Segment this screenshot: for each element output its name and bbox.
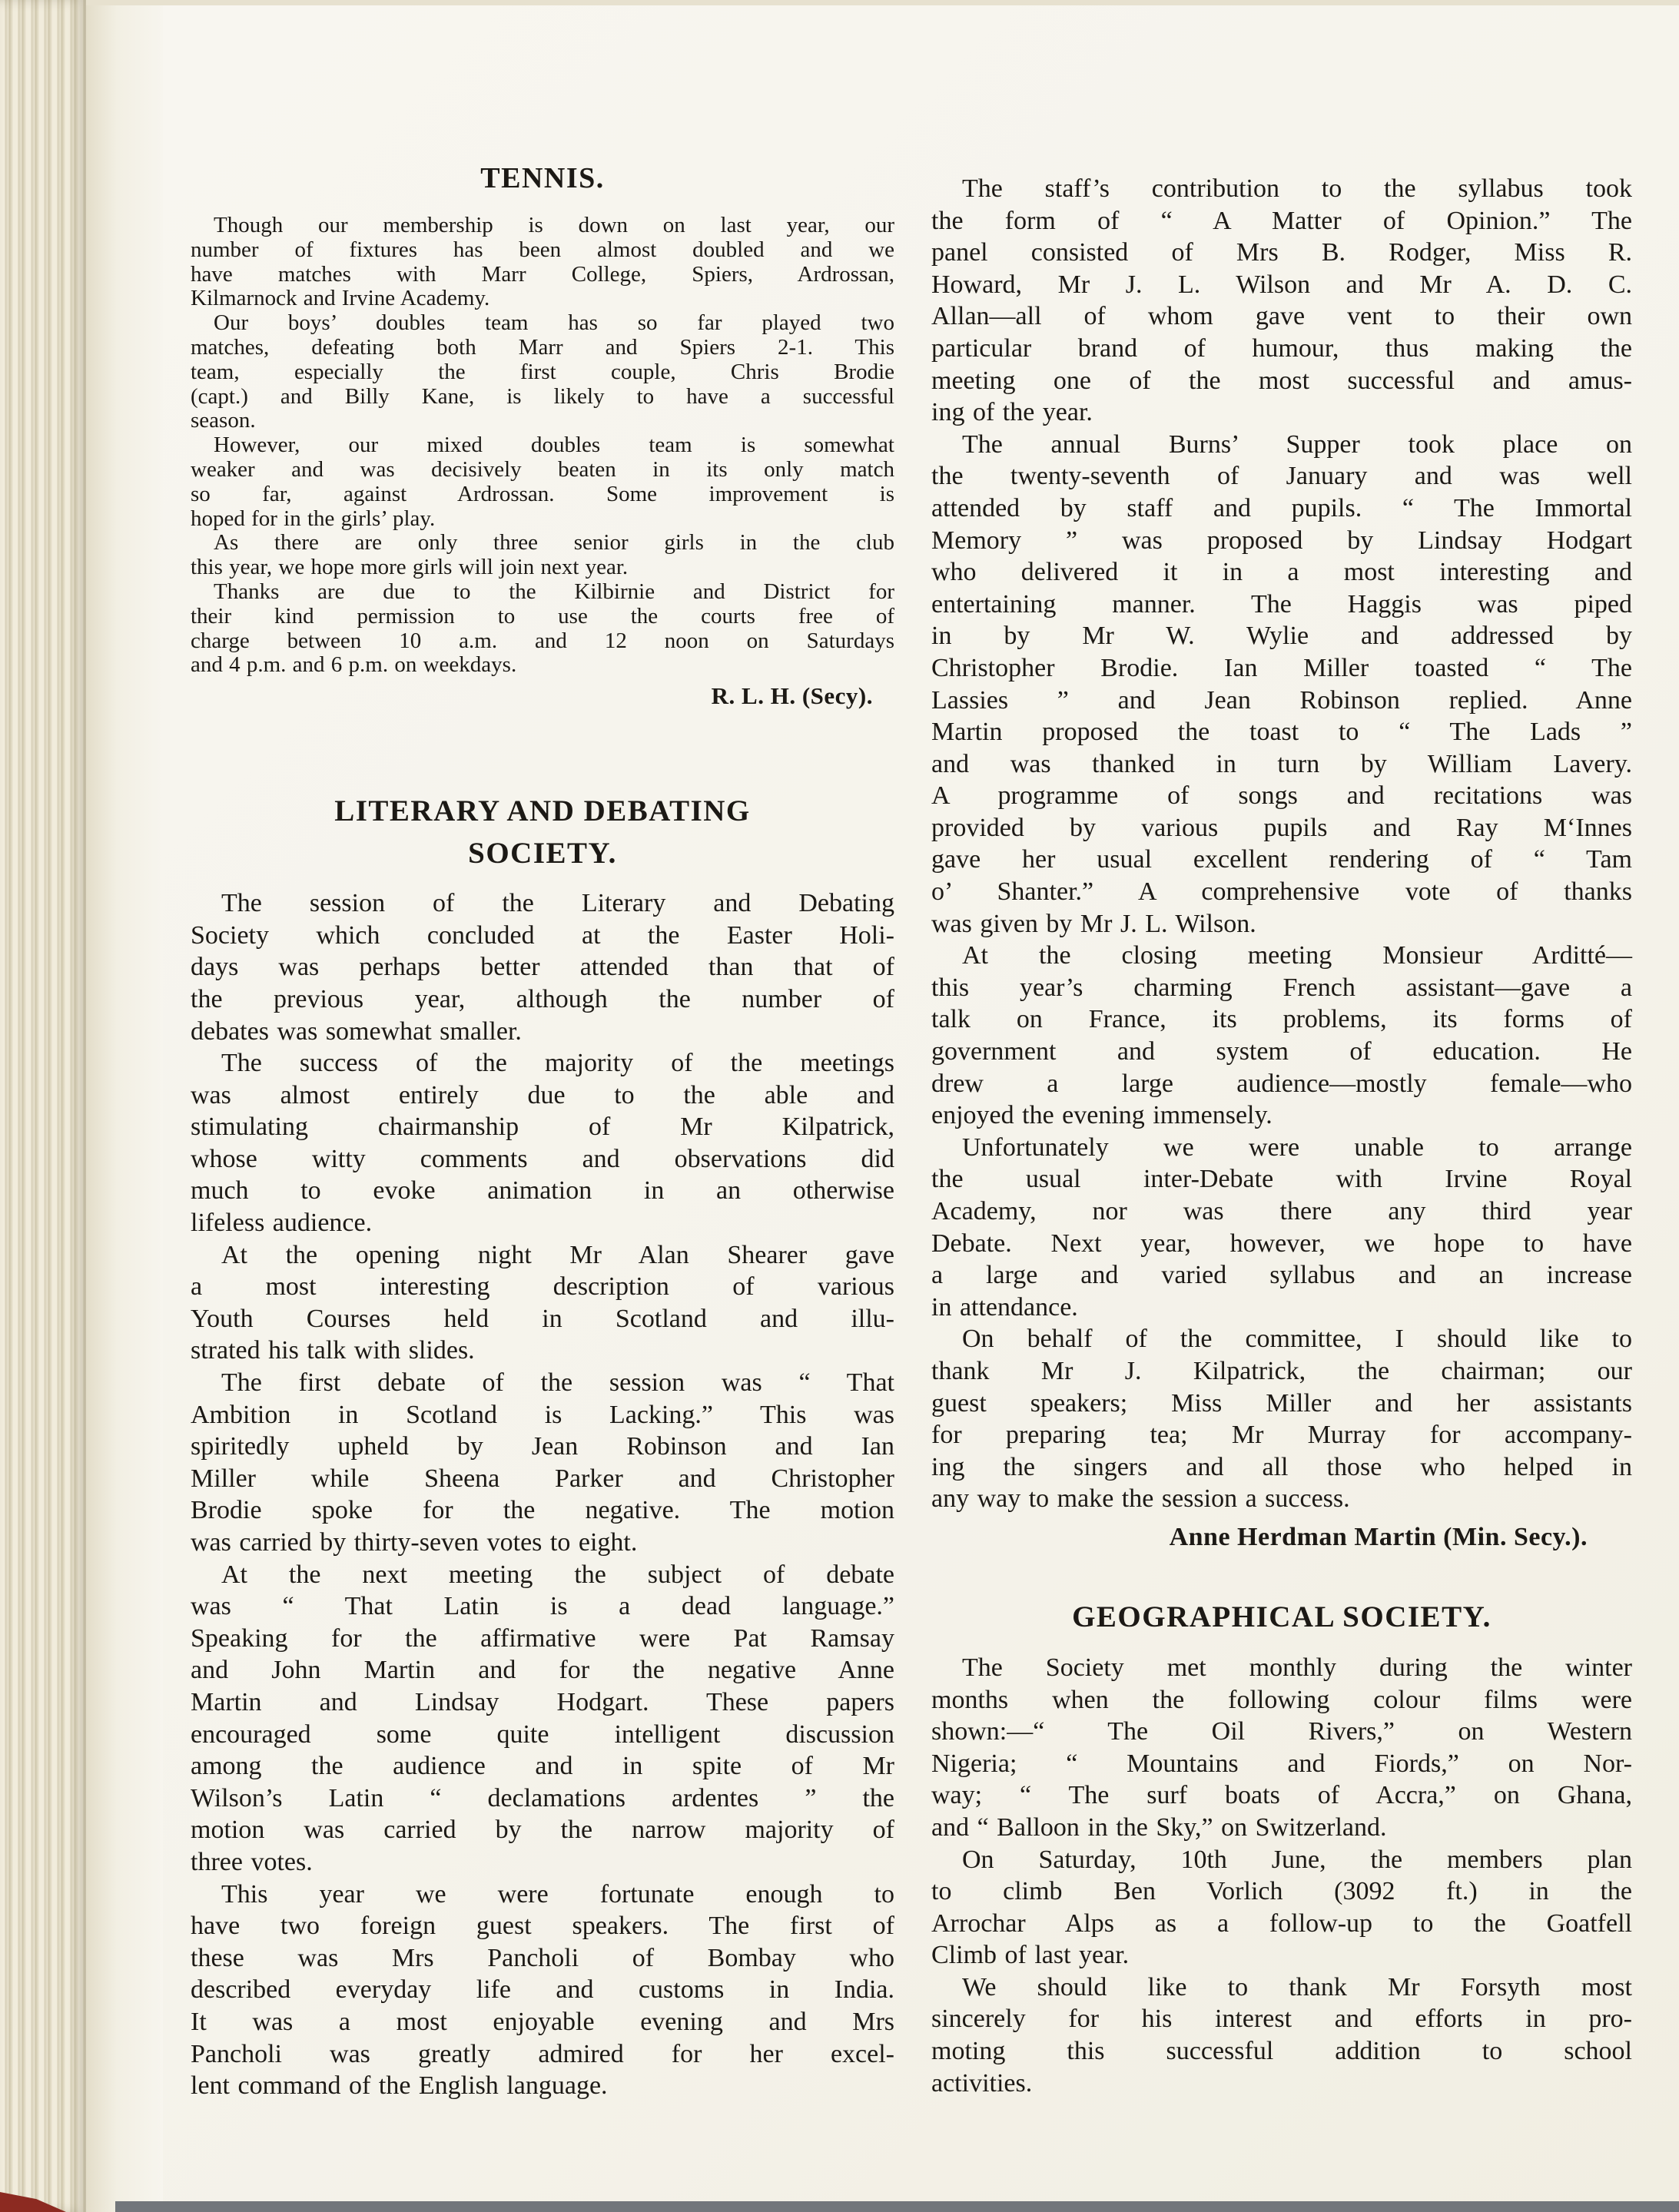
geographical-heading: GEOGRAPHICAL SOCIETY. — [931, 1600, 1632, 1635]
text-line: their kind permission to use the courts … — [191, 605, 894, 629]
literary-paragraph-7: The staff’s contribution to the syllabus… — [931, 173, 1632, 429]
text-line: way; “ The surf boats of Accra,” on Ghan… — [931, 1779, 1632, 1812]
text-line: team, especially the first couple, Chris… — [191, 360, 894, 385]
heading-line: GEOGRAPHICAL SOCIETY. — [931, 1600, 1632, 1635]
text-line: number of fixtures has been almost doubl… — [191, 238, 894, 263]
text-line: weaker and was decisively beaten in its … — [191, 458, 894, 483]
text-line: Christopher Brodie. Ian Miller toasted “… — [931, 652, 1632, 685]
text-line: and was thanked in turn by William Laver… — [931, 748, 1632, 781]
text-line: Miller while Sheena Parker and Christoph… — [191, 1463, 894, 1495]
text-line: months when the following colour films w… — [931, 1684, 1632, 1716]
text-line: sincerely for his interest and efforts i… — [931, 2003, 1632, 2035]
text-line: talk on France, its problems, its forms … — [931, 1003, 1632, 1036]
heading-line: TENNIS. — [191, 161, 894, 195]
text-line: Nigeria; “ Mountains and Fiords,” on Nor… — [931, 1748, 1632, 1780]
text-line: so far, against Ardrossan. Some improvem… — [191, 483, 894, 507]
text-line: to climb Ben Vorlich (3092 ft.) in the — [931, 1875, 1632, 1908]
text-line: days was perhaps better attended than th… — [191, 951, 894, 983]
book-binding-edge — [0, 0, 86, 2212]
text-line: The annual Burns’ Supper took place on — [931, 429, 1632, 461]
text-line: Speaking for the affirmative were Pat Ra… — [191, 1623, 894, 1655]
text-line: Howard, Mr J. L. Wilson and Mr A. D. C. — [931, 269, 1632, 301]
left-column: TENNIS.Though our membership is down on … — [191, 161, 894, 2102]
text-line: panel consisted of Mrs B. Rodger, Miss R… — [931, 237, 1632, 269]
text-line: We should like to thank Mr Forsyth most — [931, 1972, 1632, 2004]
text-line: Arrochar Alps as a follow-up to the Goat… — [931, 1908, 1632, 1940]
text-line: At the closing meeting Monsieur Arditté— — [931, 940, 1632, 972]
text-line: A programme of songs and recitations was — [931, 780, 1632, 812]
text-line: Though our membership is down on last ye… — [191, 214, 894, 238]
text-line: particular brand of humour, thus making … — [931, 333, 1632, 365]
text-line: was carried by thirty-seven votes to eig… — [191, 1527, 894, 1559]
text-line: government and system of education. He — [931, 1036, 1632, 1068]
text-line: meeting one of the most successful and a… — [931, 365, 1632, 397]
text-line: ing of the year. — [931, 396, 1632, 429]
tennis-paragraph-5: Thanks are due to the Kilbirnie and Dist… — [191, 580, 894, 678]
text-line: o’ Shanter.” A comprehensive vote of tha… — [931, 876, 1632, 908]
text-line: described everyday life and customs in I… — [191, 1974, 894, 2006]
text-line: guest speakers; Miss Miller and her assi… — [931, 1388, 1632, 1420]
text-line: charge between 10 a.m. and 12 noon on Sa… — [191, 629, 894, 654]
literary-paragraph-10: Unfortunately we were unable to arranget… — [931, 1132, 1632, 1324]
text-line: Lassies ” and Jean Robinson replied. Ann… — [931, 685, 1632, 717]
literary-paragraph-3: At the opening night Mr Alan Shearer gav… — [191, 1239, 894, 1367]
text-line: was almost entirely due to the able and — [191, 1079, 894, 1112]
text-line: activities. — [931, 2068, 1632, 2100]
text-line: As there are only three senior girls in … — [191, 531, 894, 555]
text-line: Society which concluded at the Easter Ho… — [191, 920, 894, 952]
text-line: At the next meeting the subject of debat… — [191, 1559, 894, 1591]
literary-paragraph-6: This year we were fortunate enough tohav… — [191, 1879, 894, 2102]
text-line: season. — [191, 409, 894, 433]
text-line: ing the singers and all those who helped… — [931, 1451, 1632, 1484]
text-line: whose witty comments and observations di… — [191, 1143, 894, 1176]
text-line: who delivered it in a most interesting a… — [931, 556, 1632, 589]
text-line: It was a most enjoyable evening and Mrs — [191, 2006, 894, 2038]
tennis-signature: R. L. H. (Secy). — [191, 682, 894, 710]
text-line: and “ Balloon in the Sky,” on Switzerlan… — [931, 1812, 1632, 1844]
tennis-paragraph-2: Our boys’ doubles team has so far played… — [191, 311, 894, 433]
text-line: debates was somewhat smaller. — [191, 1016, 894, 1048]
text-line: Pancholi was greatly admired for her exc… — [191, 2038, 894, 2071]
text-line: drew a large audience—mostly female—who — [931, 1068, 1632, 1100]
text-line: Youth Courses held in Scotland and illu- — [191, 1303, 894, 1335]
tennis-heading: TENNIS. — [191, 161, 894, 195]
text-line: the form of “ A Matter of Opinion.” The — [931, 205, 1632, 237]
text-line: among the audience and in spite of Mr — [191, 1750, 894, 1783]
literary-signature: Anne Herdman Martin (Min. Secy.). — [931, 1523, 1632, 1552]
text-line: strated his talk with slides. — [191, 1335, 894, 1367]
text-line: any way to make the session a success. — [931, 1483, 1632, 1515]
text-line: lent command of the English language. — [191, 2070, 894, 2102]
literary-paragraph-5: At the next meeting the subject of debat… — [191, 1559, 894, 1879]
text-line: a most interesting description of variou… — [191, 1271, 894, 1303]
page-gutter-crease — [86, 0, 163, 2212]
text-line: Debate. Next year, however, we hope to h… — [931, 1228, 1632, 1260]
right-column: The staff’s contribution to the syllabus… — [931, 173, 1632, 2099]
text-line: enjoyed the evening immensely. — [931, 1099, 1632, 1132]
text-line: The session of the Literary and Debating — [191, 887, 894, 920]
text-line: for preparing tea; Mr Murray for accompa… — [931, 1419, 1632, 1451]
text-line: Martin and Lindsay Hodgart. These papers — [191, 1686, 894, 1719]
text-line: have two foreign guest speakers. The fir… — [191, 1910, 894, 1942]
text-line: and John Martin and for the negative Ann… — [191, 1654, 894, 1686]
literary-heading: LITERARY AND DEBATINGSOCIETY. — [191, 790, 894, 874]
text-line: Our boys’ doubles team has so far played… — [191, 311, 894, 336]
text-line: shown:—“ The Oil Rivers,” on Western — [931, 1716, 1632, 1748]
text-line: Kilmarnock and Irvine Academy. — [191, 287, 894, 311]
text-line: Thanks are due to the Kilbirnie and Dist… — [191, 580, 894, 605]
text-line: Martin proposed the toast to “ The Lads … — [931, 716, 1632, 748]
text-line: moting this successful addition to schoo… — [931, 2035, 1632, 2068]
text-line: thank Mr J. Kilpatrick, the chairman; ou… — [931, 1355, 1632, 1388]
literary-paragraph-4: The first debate of the session was “ Th… — [191, 1367, 894, 1559]
text-line: entertaining manner. The Haggis was pipe… — [931, 589, 1632, 621]
text-line: Climb of last year. — [931, 1939, 1632, 1972]
text-line: The success of the majority of the meeti… — [191, 1047, 894, 1079]
heading-line: SOCIETY. — [191, 832, 894, 874]
text-line: This year we were fortunate enough to — [191, 1879, 894, 1911]
text-line: matches, defeating both Marr and Spiers … — [191, 336, 894, 360]
text-line: have matches with Marr College, Spiers, … — [191, 263, 894, 287]
text-line: Brodie spoke for the negative. The motio… — [191, 1494, 894, 1527]
text-line: Memory ” was proposed by Lindsay Hodgart — [931, 525, 1632, 557]
text-line: The first debate of the session was “ Th… — [191, 1367, 894, 1399]
text-line: these was Mrs Pancholi of Bombay who — [191, 1942, 894, 1975]
text-line: Ambition in Scotland is Lacking.” This w… — [191, 1399, 894, 1431]
text-line: stimulating chairmanship of Mr Kilpatric… — [191, 1111, 894, 1143]
text-line: On Saturday, 10th June, the members plan — [931, 1844, 1632, 1876]
text-line: Allan—all of whom gave vent to their own — [931, 300, 1632, 333]
literary-paragraph-2: The success of the majority of the meeti… — [191, 1047, 894, 1239]
text-line: motion was carried by the narrow majorit… — [191, 1814, 894, 1846]
text-line: The Society met monthly during the winte… — [931, 1652, 1632, 1684]
text-line: this year, we hope more girls will join … — [191, 555, 894, 580]
text-line: lifeless audience. — [191, 1207, 894, 1239]
literary-paragraph-8: The annual Burns’ Supper took place onth… — [931, 429, 1632, 940]
text-line: encouraged some quite intelligent discus… — [191, 1719, 894, 1751]
tennis-paragraph-1: Though our membership is down on last ye… — [191, 214, 894, 311]
literary-paragraph-9: At the closing meeting Monsieur Arditté—… — [931, 940, 1632, 1132]
text-line: Wilson’s Latin “ declamations ardentes ”… — [191, 1783, 894, 1815]
heading-line: LITERARY AND DEBATING — [191, 790, 894, 832]
text-line: this year’s charming French assistant—ga… — [931, 972, 1632, 1004]
text-line: However, our mixed doubles team is somew… — [191, 433, 894, 458]
tennis-paragraph-3: However, our mixed doubles team is somew… — [191, 433, 894, 531]
text-line: attended by staff and pupils. “ The Immo… — [931, 492, 1632, 525]
text-line: the twenty-seventh of January and was we… — [931, 460, 1632, 492]
text-line: and 4 p.m. and 6 p.m. on weekdays. — [191, 653, 894, 678]
geographical-paragraph-3: We should like to thank Mr Forsyth mosts… — [931, 1972, 1632, 2099]
text-line: the previous year, although the number o… — [191, 983, 894, 1016]
text-line: At the opening night Mr Alan Shearer gav… — [191, 1239, 894, 1272]
literary-paragraph-1: The session of the Literary and Debating… — [191, 887, 894, 1047]
text-line: was given by Mr J. L. Wilson. — [931, 908, 1632, 940]
text-line: much to evoke animation in an otherwise — [191, 1175, 894, 1207]
text-line: On behalf of the committee, I should lik… — [931, 1323, 1632, 1355]
geographical-paragraph-2: On Saturday, 10th June, the members plan… — [931, 1844, 1632, 1972]
text-line: The staff’s contribution to the syllabus… — [931, 173, 1632, 205]
geographical-paragraph-1: The Society met monthly during the winte… — [931, 1652, 1632, 1844]
page-top-edge — [86, 0, 1679, 5]
text-line: (capt.) and Billy Kane, is likely to hav… — [191, 385, 894, 410]
text-line: the usual inter-Debate with Irvine Royal — [931, 1163, 1632, 1196]
text-line: Unfortunately we were unable to arrange — [931, 1132, 1632, 1164]
text-line: gave her usual excellent rendering of “ … — [931, 844, 1632, 876]
text-line: provided by various pupils and Ray M‘Inn… — [931, 812, 1632, 844]
text-line: in by Mr W. Wylie and addressed by — [931, 620, 1632, 652]
tennis-paragraph-4: As there are only three senior girls in … — [191, 531, 894, 580]
text-line: spiritedly upheld by Jean Robinson and I… — [191, 1431, 894, 1463]
text-line: in attendance. — [931, 1292, 1632, 1324]
text-line: was “ That Latin is a dead language.” — [191, 1590, 894, 1623]
text-line: hoped for in the girls’ play. — [191, 507, 894, 532]
scan-bottom-edge — [115, 2201, 1679, 2212]
literary-paragraph-11: On behalf of the committee, I should lik… — [931, 1323, 1632, 1515]
text-line: Academy, nor was there any third year — [931, 1196, 1632, 1228]
text-line: a large and varied syllabus and an incre… — [931, 1259, 1632, 1292]
text-line: three votes. — [191, 1846, 894, 1879]
